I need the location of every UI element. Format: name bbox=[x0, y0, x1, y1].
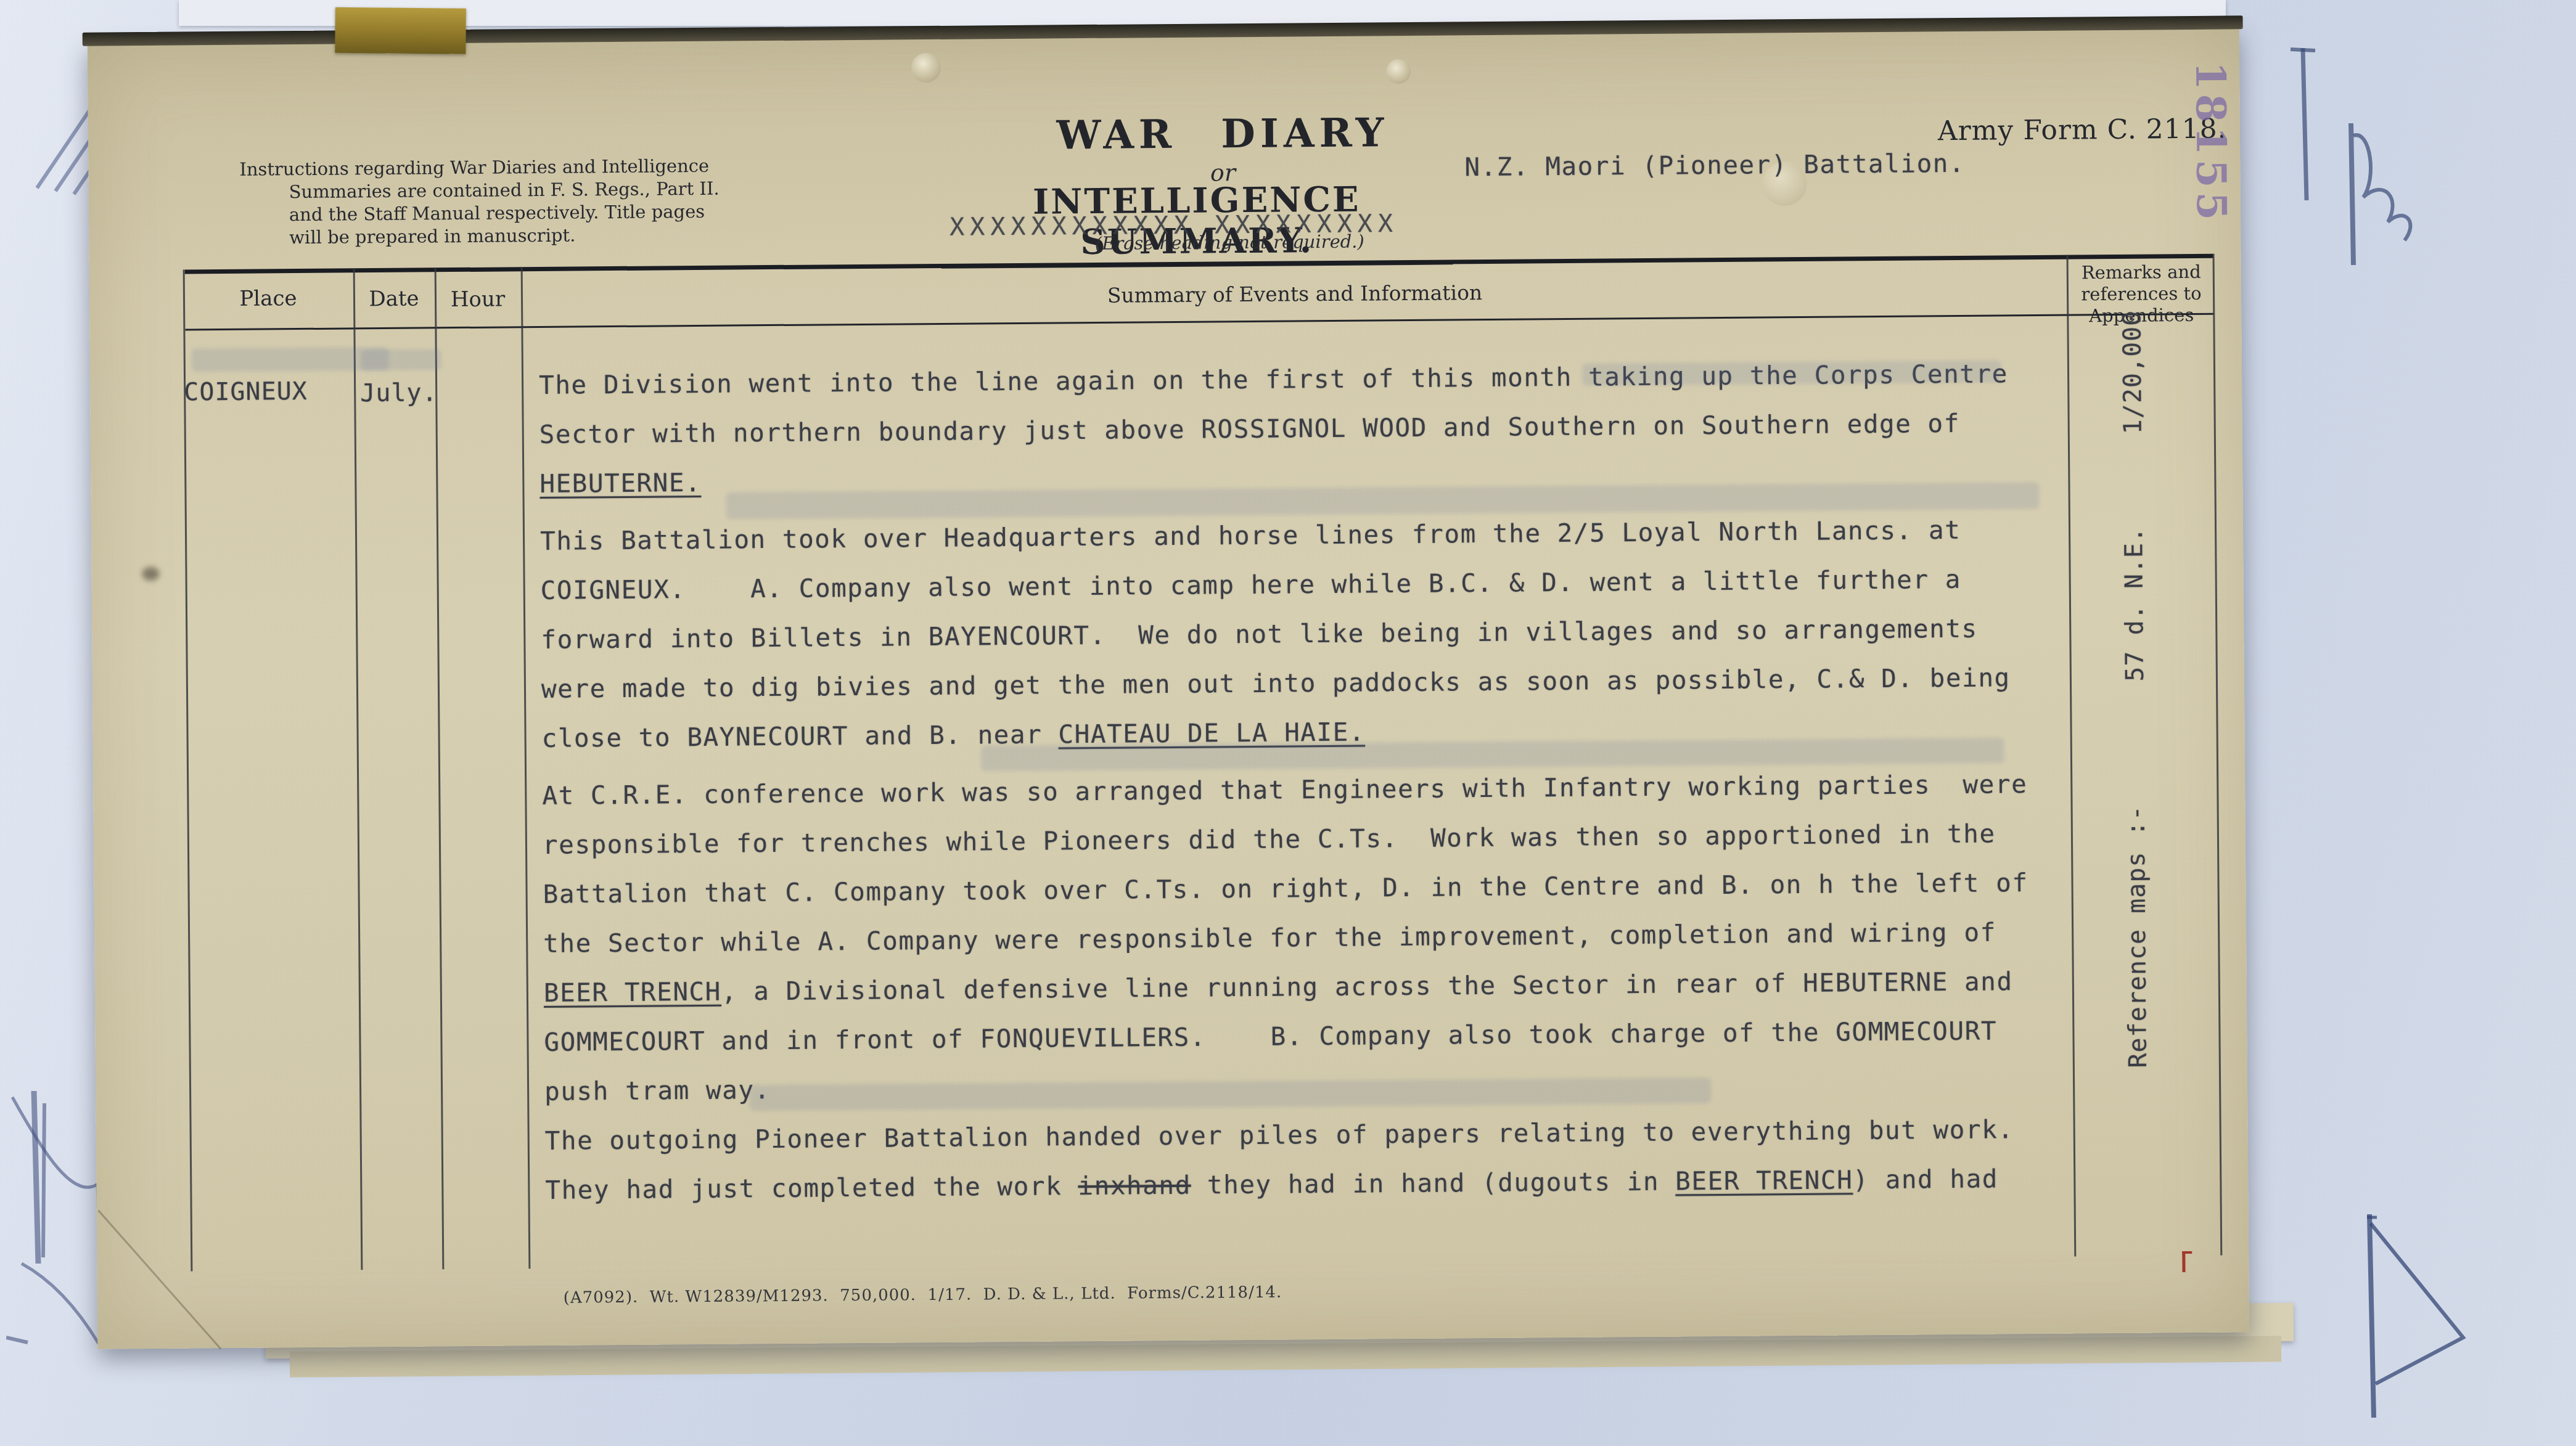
ink-stain bbox=[142, 567, 159, 581]
red-pen-mark bbox=[2182, 1251, 2185, 1272]
table-right-border bbox=[2213, 254, 2223, 1256]
bleedthrough-smudge bbox=[192, 347, 389, 372]
col-header-summary: Summary of Events and Information bbox=[768, 278, 1822, 310]
col-header-place: Place bbox=[183, 285, 353, 311]
form-title: WAR DIARY bbox=[976, 109, 1470, 159]
fastener-ring bbox=[911, 53, 941, 83]
col-header-hour: Hour bbox=[435, 287, 521, 312]
war-diary-page: Instructions regarding War Diaries and I… bbox=[88, 25, 2250, 1349]
form-instructions-line: will be prepared in manuscript. bbox=[240, 223, 782, 250]
army-form-number: Army Form C. 2118. bbox=[1938, 113, 2227, 147]
form-instructions-line: and the Staff Manual respectively. Title… bbox=[240, 200, 782, 227]
col-header-remarks-line: Remarks and bbox=[2076, 261, 2207, 284]
table-header-rule bbox=[185, 313, 2213, 331]
table-left-border bbox=[183, 270, 193, 1272]
col-header-remarks-line: references to bbox=[2076, 283, 2207, 306]
tape-fragment bbox=[335, 7, 466, 54]
fastener-ring-2 bbox=[1386, 59, 1411, 84]
red-pen-mark-2 bbox=[2182, 1251, 2192, 1254]
pencil-marks-top-right bbox=[2278, 37, 2476, 271]
col-divider-place-date bbox=[353, 268, 363, 1270]
printers-imprint: (A7092). Wt. W12839/M1293. 750,000. 1/17… bbox=[564, 1283, 1282, 1307]
entry-place: COIGNEUX bbox=[184, 377, 308, 407]
entry-date: July. bbox=[360, 378, 438, 407]
col-header-date: Date bbox=[353, 286, 435, 311]
corner-fold-crease bbox=[97, 1210, 221, 1350]
col-divider-date-hour bbox=[435, 268, 445, 1269]
scanned-document-background: Instructions regarding War Diaries and I… bbox=[0, 0, 2576, 1446]
unit-name-typed: N.Z. Maori (Pioneer) Battalion. bbox=[1464, 149, 1965, 182]
bleedthrough-smudge bbox=[1582, 360, 2001, 385]
erase-heading-note: (Erase heading not required.) bbox=[1038, 231, 1421, 255]
reference-maps-note: Reference maps :- 57 d. N.E. 1/20,000 bbox=[2119, 359, 2161, 1068]
col-divider-hour-summary bbox=[521, 267, 531, 1268]
form-instructions: Instructions regarding War Diaries and I… bbox=[239, 154, 782, 250]
pencil-flag-bottom-right bbox=[2340, 1199, 2482, 1427]
bleedthrough-smudge bbox=[361, 349, 441, 370]
